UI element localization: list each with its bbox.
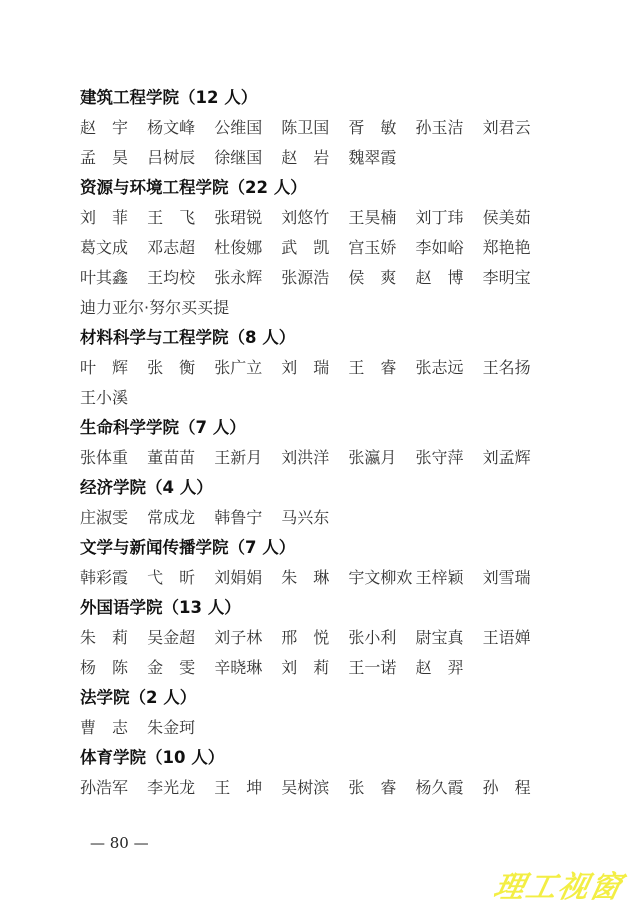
person-name: 刘 菲 — [80, 203, 147, 233]
person-name: 韩彩霞 — [80, 563, 147, 593]
person-name: 侯 爽 — [348, 263, 415, 293]
person-name: 宇文柳欢 — [348, 563, 415, 593]
person-name: 王名扬 — [483, 353, 550, 383]
section-heading: 生命科学学院（7 人） — [80, 413, 550, 443]
section-foreign-languages: 外国语学院（13 人） 朱 莉 吴金超 刘子林 邢 悦 张小利 尉宝真 王语婵 … — [80, 593, 550, 683]
person-name: 张源浩 — [281, 263, 348, 293]
person-name: 武 凯 — [281, 233, 348, 263]
person-name: 张守萍 — [415, 443, 482, 473]
person-name: 张瀛月 — [348, 443, 415, 473]
person-name: 赵 宇 — [80, 113, 147, 143]
person-name: 孙 程 — [483, 773, 550, 803]
person-name: 宫玉娇 — [348, 233, 415, 263]
person-name: 朱 莉 — [80, 623, 147, 653]
person-name: 刘 瑞 — [281, 353, 348, 383]
person-name: 王小溪 — [80, 383, 147, 413]
person-name: 魏翠霞 — [348, 143, 415, 173]
person-name: 刘悠竹 — [281, 203, 348, 233]
person-name: 王均校 — [147, 263, 214, 293]
person-name: 刘雪瑞 — [483, 563, 550, 593]
section-life-sciences: 生命科学学院（7 人） 张体重 董苗苗 王新月 刘洪洋 张瀛月 张守萍 刘孟辉 — [80, 413, 550, 473]
person-name: 陈卫国 — [281, 113, 348, 143]
person-name: 王一诺 — [348, 653, 415, 683]
person-name: 吴树滨 — [281, 773, 348, 803]
person-name: 常成龙 — [147, 503, 214, 533]
name-list: 朱 莉 吴金超 刘子林 邢 悦 张小利 尉宝真 王语婵 杨 陈 金 雯 辛晓琳 … — [80, 623, 550, 683]
section-materials: 材料科学与工程学院（8 人） 叶 辉 张 衡 张广立 刘 瑞 王 睿 张志远 王… — [80, 323, 550, 413]
person-name: 曹 志 — [80, 713, 147, 743]
person-name: 王 睿 — [348, 353, 415, 383]
person-name: 王新月 — [214, 443, 281, 473]
person-name: 杨文峰 — [147, 113, 214, 143]
person-name: 郑艳艳 — [483, 233, 550, 263]
name-list: 孙浩军 李光龙 王 坤 吴树滨 张 睿 杨久霞 孙 程 — [80, 773, 550, 803]
name-list: 赵 宇 杨文峰 公维国 陈卫国 胥 敏 孙玉洁 刘君云 孟 昊 吕树辰 徐继国 … — [80, 113, 550, 173]
person-name: 赵 岩 — [281, 143, 348, 173]
person-name: 赵 羿 — [415, 653, 482, 683]
person-name: 王 坤 — [214, 773, 281, 803]
person-name: 公维国 — [214, 113, 281, 143]
person-name: 吴金超 — [147, 623, 214, 653]
section-heading: 外国语学院（13 人） — [80, 593, 550, 623]
person-name: 邓志超 — [147, 233, 214, 263]
person-name: 刘丁玮 — [415, 203, 482, 233]
person-name: 王昊楠 — [348, 203, 415, 233]
person-name: 李如峪 — [415, 233, 482, 263]
section-resources-environment: 资源与环境工程学院（22 人） 刘 菲 王 飞 张珺锐 刘悠竹 王昊楠 刘丁玮 … — [80, 173, 550, 323]
section-heading: 体育学院（10 人） — [80, 743, 550, 773]
name-list: 庄淑雯 常成龙 韩鲁宁 马兴东 — [80, 503, 550, 533]
page-number: — 80 — — [90, 834, 149, 852]
person-name: 王梓颖 — [415, 563, 482, 593]
person-name: 杨久霞 — [415, 773, 482, 803]
person-name: 尉宝真 — [415, 623, 482, 653]
person-name: 弋 昕 — [147, 563, 214, 593]
person-name: 董苗苗 — [147, 443, 214, 473]
person-name: 张 睿 — [348, 773, 415, 803]
person-name: 刘孟辉 — [483, 443, 550, 473]
person-name: 李明宝 — [483, 263, 550, 293]
person-name: 徐继国 — [214, 143, 281, 173]
person-name: 刘洪洋 — [281, 443, 348, 473]
person-name: 庄淑雯 — [80, 503, 147, 533]
section-literature-journalism: 文学与新闻传播学院（7 人） 韩彩霞 弋 昕 刘娟娟 朱 琳 宇文柳欢 王梓颖 … — [80, 533, 550, 593]
person-name: 金 雯 — [147, 653, 214, 683]
name-list: 刘 菲 王 飞 张珺锐 刘悠竹 王昊楠 刘丁玮 侯美茹 葛文成 邓志超 杜俊娜 … — [80, 203, 550, 323]
section-architecture: 建筑工程学院（12 人） 赵 宇 杨文峰 公维国 陈卫国 胥 敏 孙玉洁 刘君云… — [80, 83, 550, 173]
person-name: 杜俊娜 — [214, 233, 281, 263]
person-name: 王语婵 — [483, 623, 550, 653]
section-heading: 建筑工程学院（12 人） — [80, 83, 550, 113]
section-economics: 经济学院（4 人） 庄淑雯 常成龙 韩鲁宁 马兴东 — [80, 473, 550, 533]
section-heading: 文学与新闻传播学院（7 人） — [80, 533, 550, 563]
person-name: 张体重 — [80, 443, 147, 473]
person-name: 叶 辉 — [80, 353, 147, 383]
person-name: 孙玉洁 — [415, 113, 482, 143]
person-name: 孙浩军 — [80, 773, 147, 803]
document-page: 建筑工程学院（12 人） 赵 宇 杨文峰 公维国 陈卫国 胥 敏 孙玉洁 刘君云… — [80, 83, 550, 803]
watermark-logo: 理工视窗 — [490, 862, 627, 905]
section-physical-education: 体育学院（10 人） 孙浩军 李光龙 王 坤 吴树滨 张 睿 杨久霞 孙 程 — [80, 743, 550, 803]
person-name: 王 飞 — [147, 203, 214, 233]
name-list: 韩彩霞 弋 昕 刘娟娟 朱 琳 宇文柳欢 王梓颖 刘雪瑞 — [80, 563, 550, 593]
person-name: 张志远 — [415, 353, 482, 383]
section-heading: 法学院（2 人） — [80, 683, 550, 713]
person-name: 葛文成 — [80, 233, 147, 263]
person-name: 刘娟娟 — [214, 563, 281, 593]
person-name: 孟 昊 — [80, 143, 147, 173]
person-name: 张珺锐 — [214, 203, 281, 233]
person-name: 刘子林 — [214, 623, 281, 653]
person-name: 叶其鑫 — [80, 263, 147, 293]
name-list: 曹 志 朱金珂 — [80, 713, 550, 743]
section-heading: 材料科学与工程学院（8 人） — [80, 323, 550, 353]
person-name: 赵 博 — [415, 263, 482, 293]
person-name: 张永辉 — [214, 263, 281, 293]
section-heading: 资源与环境工程学院（22 人） — [80, 173, 550, 203]
person-name: 张 衡 — [147, 353, 214, 383]
person-name: 胥 敏 — [348, 113, 415, 143]
section-heading: 经济学院（4 人） — [80, 473, 550, 503]
person-name: 李光龙 — [147, 773, 214, 803]
name-list: 叶 辉 张 衡 张广立 刘 瑞 王 睿 张志远 王名扬 王小溪 — [80, 353, 550, 413]
person-name: 张广立 — [214, 353, 281, 383]
person-name: 刘君云 — [483, 113, 550, 143]
person-name: 朱金珂 — [147, 713, 214, 743]
person-name: 辛晓琳 — [214, 653, 281, 683]
section-law: 法学院（2 人） 曹 志 朱金珂 — [80, 683, 550, 743]
person-name: 朱 琳 — [281, 563, 348, 593]
person-name: 杨 陈 — [80, 653, 147, 683]
person-name: 韩鲁宁 — [214, 503, 281, 533]
person-name: 马兴东 — [281, 503, 348, 533]
person-name: 侯美茹 — [483, 203, 550, 233]
person-name: 刘 莉 — [281, 653, 348, 683]
person-name: 张小利 — [348, 623, 415, 653]
person-name: 吕树辰 — [147, 143, 214, 173]
person-name: 迪力亚尔·努尔买买提 — [80, 293, 241, 323]
person-name: 邢 悦 — [281, 623, 348, 653]
name-list: 张体重 董苗苗 王新月 刘洪洋 张瀛月 张守萍 刘孟辉 — [80, 443, 550, 473]
